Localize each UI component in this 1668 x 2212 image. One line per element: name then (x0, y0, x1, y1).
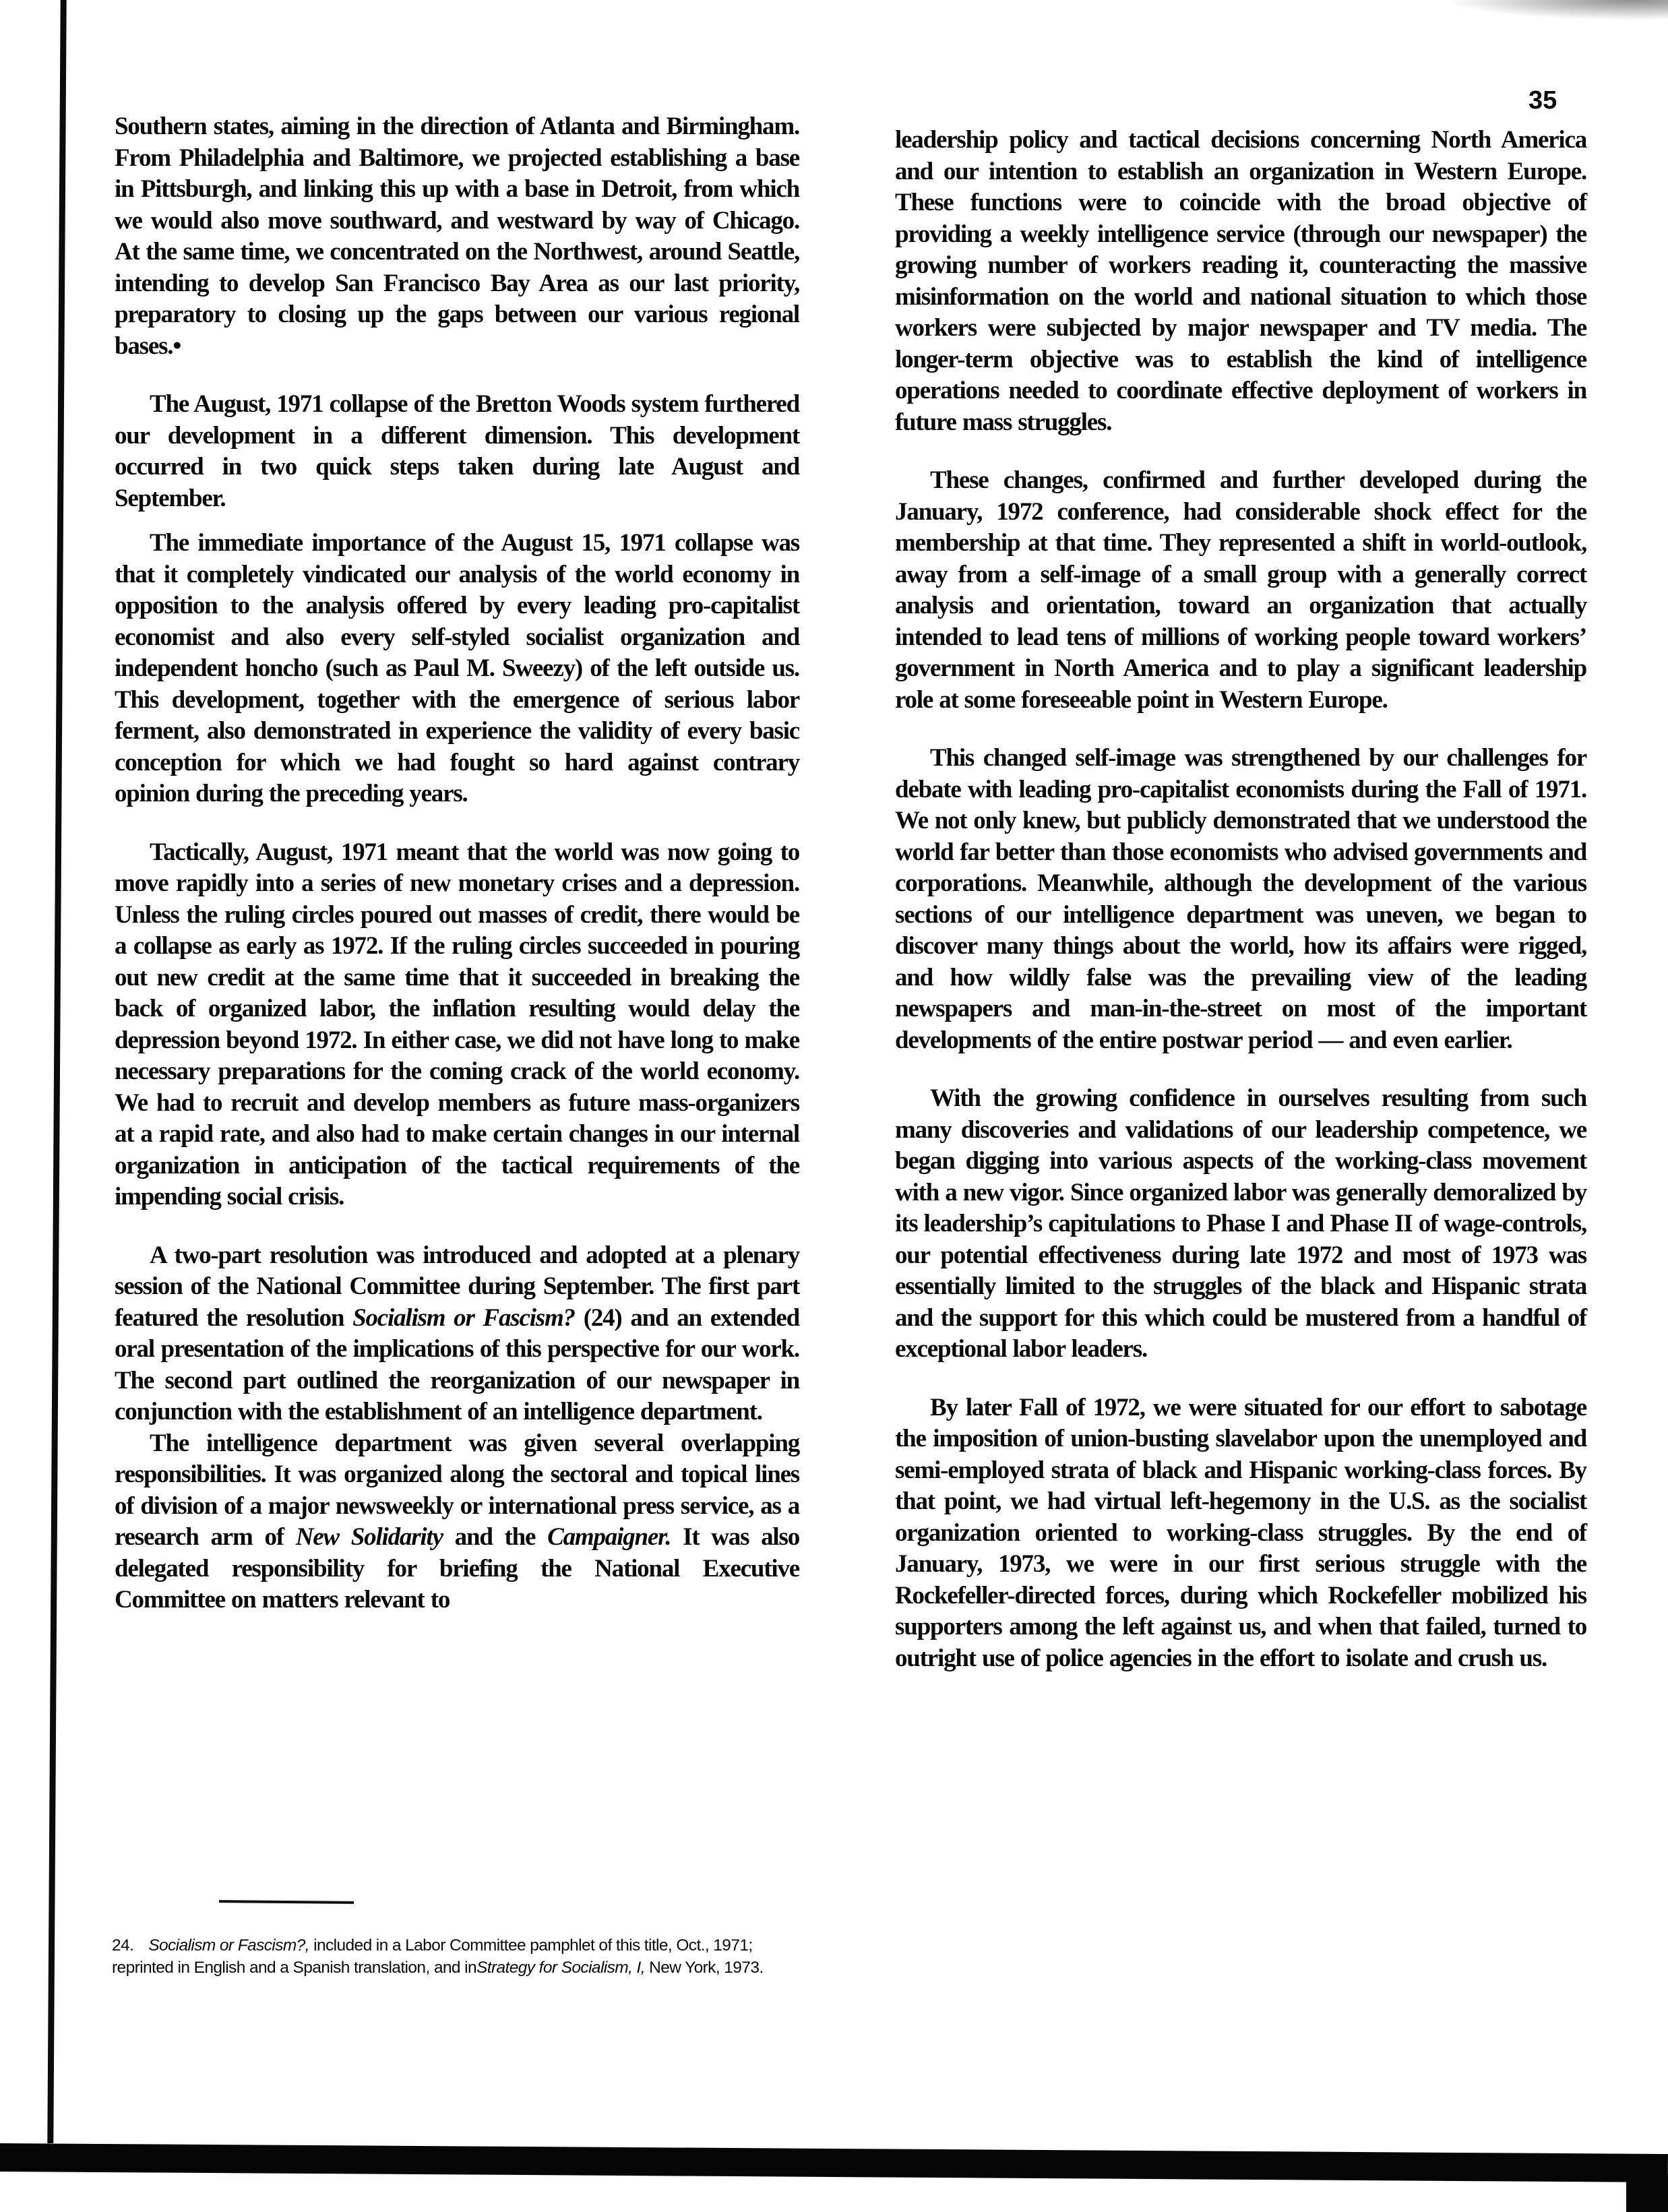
paragraph: Southern states, aiming in the direction… (115, 111, 799, 362)
publication-title: New Solidarity (296, 1523, 443, 1551)
scan-corner (1626, 2174, 1668, 2212)
publication-title: Campaigner. (547, 1523, 671, 1551)
footnote-separator (219, 1900, 354, 1904)
paragraph: The immediate importance of the August 1… (115, 528, 799, 810)
left-column: Southern states, aiming in the direction… (115, 111, 799, 1630)
scan-bottom-edge (0, 2143, 1668, 2182)
right-column: leadership policy and tactical decisions… (895, 125, 1586, 1688)
paragraph: The intelligence department was given se… (115, 1428, 799, 1616)
paragraph: A two-part resolution was introduced and… (115, 1240, 799, 1428)
paragraph: By later Fall of 1972, we were situated … (895, 1392, 1586, 1675)
paragraph: These changes, confirmed and further dev… (895, 465, 1586, 716)
scan-smudge (1446, 0, 1668, 20)
work-title: Socialism or Fascism? (352, 1304, 575, 1332)
footnote-title: Strategy for Socialism, I, (476, 1959, 645, 1977)
page-number: 35 (1528, 86, 1557, 115)
paragraph: Tactically, August, 1971 meant that the … (115, 837, 799, 1213)
footnote-number: 24. (112, 1936, 133, 1955)
paragraph: With the growing confidence in ourselves… (895, 1083, 1586, 1365)
paragraph: The August, 1971 collapse of the Bretton… (115, 389, 799, 514)
paragraph: This changed self-image was strengthened… (895, 743, 1586, 1056)
scan-left-edge (47, 0, 66, 2143)
footnote-title: Socialism or Fascism?, (148, 1936, 309, 1955)
footnote: 24.Socialism or Fascism?, included in a … (112, 1934, 799, 1979)
paragraph: leadership policy and tactical decisions… (895, 125, 1586, 438)
